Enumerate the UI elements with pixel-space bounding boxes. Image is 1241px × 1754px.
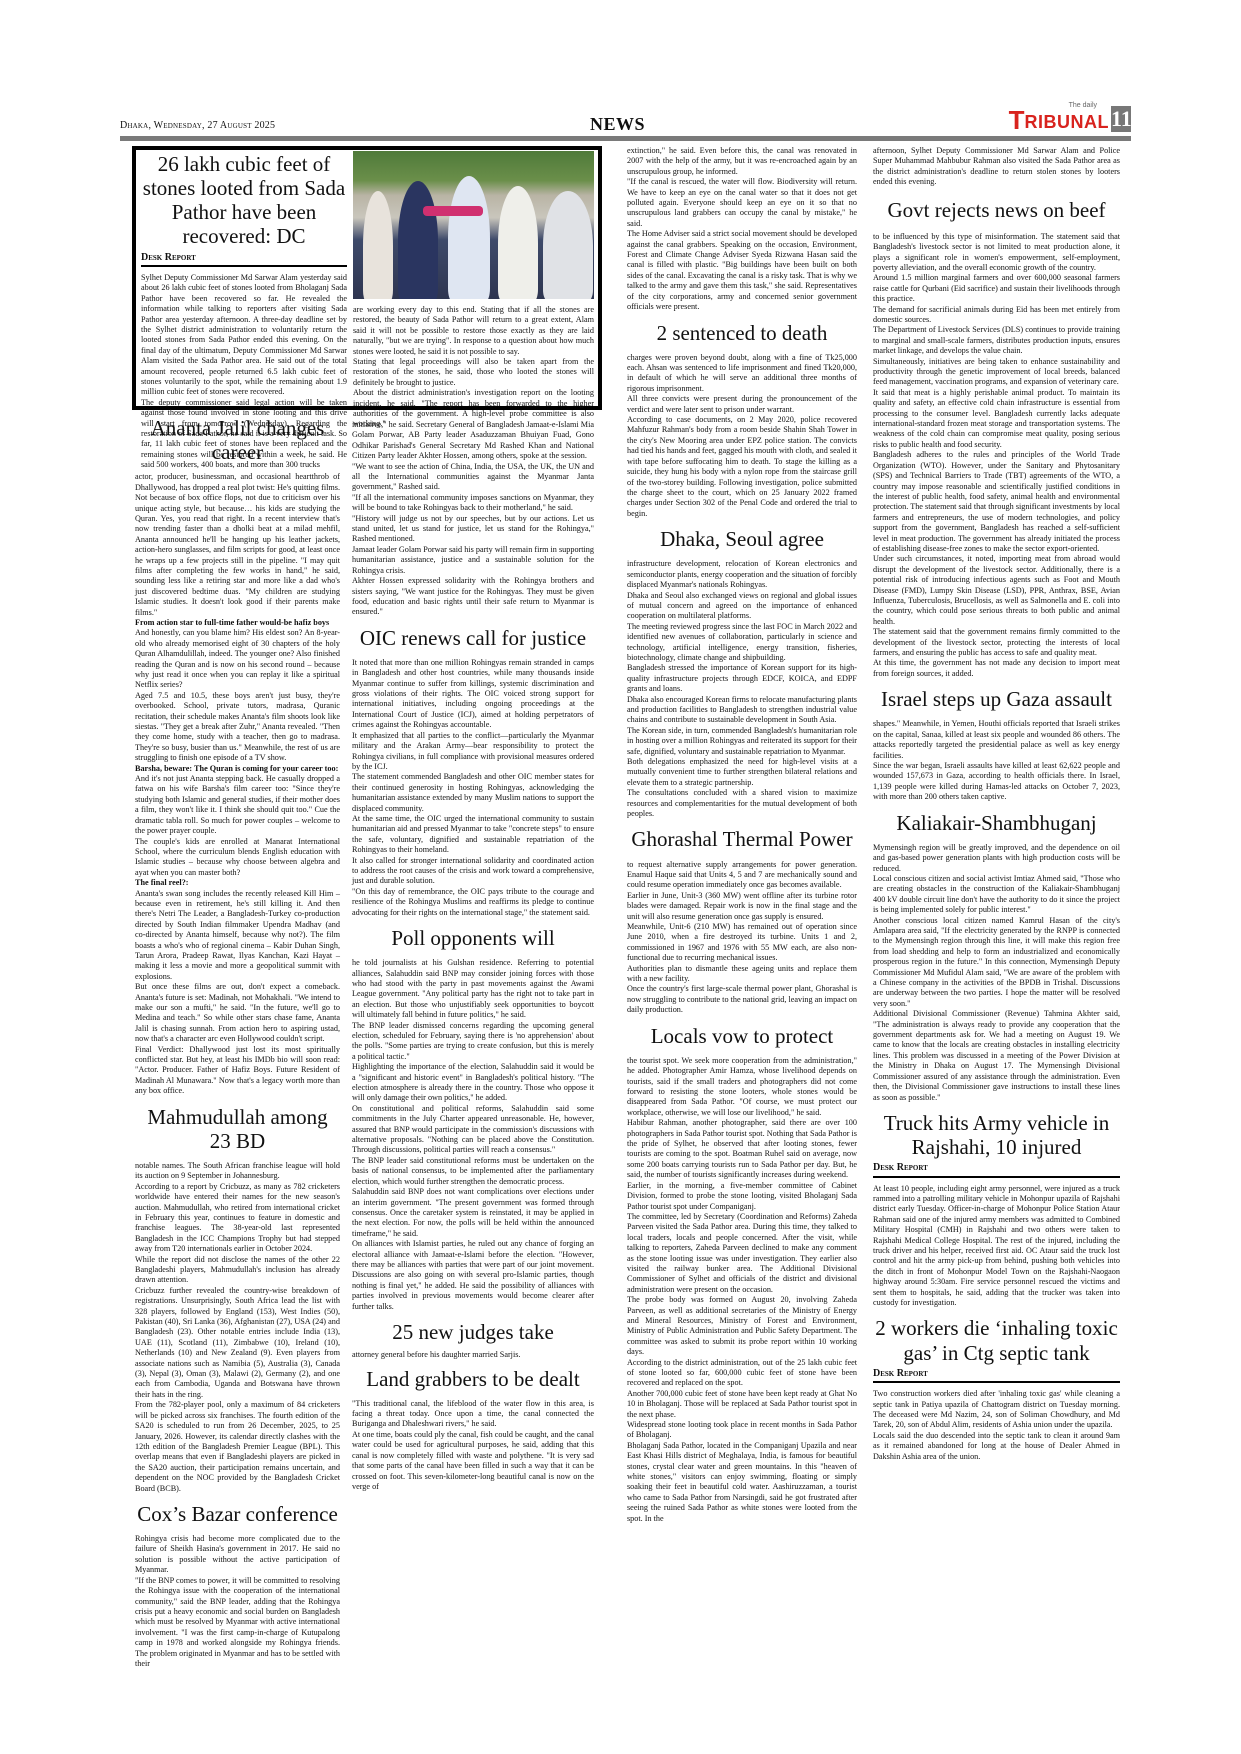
paragraph: Aged 7.5 and 10.5, these boys aren't jus… <box>135 691 340 764</box>
paragraph: to request alternative supply arrangemen… <box>627 860 857 891</box>
paragraph: attorney general before his daughter mar… <box>352 1350 594 1360</box>
headline-land-grabbers: Land grabbers to be dealt <box>352 1367 594 1391</box>
subhead: The final reel?: <box>135 878 340 888</box>
paragraph: Stating that legal proceedings will also… <box>353 357 594 388</box>
paragraph: Jamaat leader Golam Porwar said his part… <box>352 545 594 576</box>
paragraph: Ananta's swan song includes the recently… <box>135 889 340 983</box>
paragraph: notable names. The South African franchi… <box>135 1161 340 1182</box>
paragraph: "On this day of remembrance, the OIC pay… <box>352 887 594 918</box>
headline-locals: Locals vow to protect <box>627 1024 857 1048</box>
paragraph: Once the country's first large-scale the… <box>627 984 857 1015</box>
paragraph: Additional Divisional Commissioner (Reve… <box>873 1009 1120 1103</box>
paragraph: Sylhet Deputy Commissioner Md Sarwar Ala… <box>141 273 347 398</box>
paragraph: The meeting reviewed progress since the … <box>627 622 857 664</box>
byline: Desk Report <box>873 1369 1120 1383</box>
paragraph: "This traditional canal, the lifeblood o… <box>352 1399 594 1430</box>
paragraph: he told journalists at his Gulshan resid… <box>352 958 594 1020</box>
paragraph: Since the war began, Israeli assaults ha… <box>873 761 1120 803</box>
paragraph: Another 700,000 cubic feet of stone have… <box>627 1389 857 1420</box>
paragraph: are working every day to this end. Stati… <box>353 305 594 357</box>
paragraph: The demand for sacrificial animals durin… <box>873 305 1120 326</box>
paragraph: Dhaka also encouraged Korean firms to re… <box>627 695 857 726</box>
headline-ananta: Ananta Jalil changes career <box>135 416 340 464</box>
paragraph: Habibur Rahman, another photographer, sa… <box>627 1118 857 1180</box>
byline: Desk Report <box>873 1163 1120 1177</box>
byline: Desk Report <box>141 253 347 267</box>
paragraph: Highlighting the importance of the elect… <box>352 1062 594 1104</box>
paragraph: to be influenced by this type of misinfo… <box>873 232 1120 274</box>
paragraph: Simultaneously, initiatives are being ta… <box>873 357 1120 388</box>
paragraph: The probe body was formed on August 20, … <box>627 1295 857 1357</box>
page-header: Dhaka, Wednesday, 27 August 2025 NEWS Th… <box>120 110 1131 132</box>
paragraph: Another conscious local citizen named Ka… <box>873 916 1120 1010</box>
dateline: Dhaka, Wednesday, 27 August 2025 <box>120 120 275 131</box>
column-a: Ananta Jalil changes career actor, produ… <box>135 412 340 1669</box>
headline-truck: Truck hits Army vehicle in Rajshahi, 10 … <box>873 1111 1120 1159</box>
paragraph: The BNP leader dismissed concerns regard… <box>352 1021 594 1063</box>
column-d: afternoon, Sylhet Deputy Commissioner Md… <box>873 146 1120 1462</box>
paragraph: Mymensingh region will be greatly improv… <box>873 843 1120 874</box>
paragraph: The consultations concluded with a share… <box>627 788 857 819</box>
paragraph: The Korean side, in turn, commended Bang… <box>627 726 857 757</box>
logo-tagline: The daily <box>1069 102 1097 109</box>
subhead: Barsha, beware: The Quran is coming for … <box>135 764 340 774</box>
section-title: NEWS <box>590 114 645 135</box>
page-number: 11 <box>1111 106 1131 132</box>
paragraph: initiative," he said. Secretary General … <box>352 420 594 462</box>
headline-oic: OIC renews call for justice <box>352 626 594 650</box>
paragraph: At the same time, the OIC urged the inte… <box>352 814 594 856</box>
subhead: From action star to full-time father wou… <box>135 618 340 628</box>
paragraph: From the 782-player pool, only a maximum… <box>135 1400 340 1494</box>
paragraph: shapes." Meanwhile, in Yemen, Houthi off… <box>873 719 1120 761</box>
paragraph: "History will judge us not by our speech… <box>352 514 594 545</box>
paragraph: The committee, led by Secretary (Coordin… <box>627 1212 857 1295</box>
headline-mahmudullah: Mahmudullah among 23 BD <box>135 1105 340 1153</box>
paragraph: But once these films are out, don't expe… <box>135 982 340 1044</box>
paragraph: And it's not just Ananta stepping back. … <box>135 774 340 836</box>
paragraph: Cricbuzz further revealed the country-wi… <box>135 1286 340 1400</box>
paragraph: "If all the international community impo… <box>352 493 594 514</box>
paragraph: charges were proven beyond doubt, along … <box>627 353 857 395</box>
paragraph: At least 10 people, including eight army… <box>873 1184 1120 1309</box>
paragraph: Bholaganj Sada Pathor, located in the Co… <box>627 1441 857 1524</box>
paragraph: extinction," he said. Even before this, … <box>627 146 857 177</box>
column-c: extinction," he said. Even before this, … <box>627 146 857 1524</box>
paragraph: The BNP leader said constitutional refor… <box>352 1156 594 1187</box>
headline-kaliakair: Kaliakair-Shambhuganj <box>873 811 1120 835</box>
paragraph: Under such circumstances, it noted, impo… <box>873 554 1120 627</box>
paragraph: While the report did not disclose the na… <box>135 1255 340 1286</box>
logo-wordmark: RIBUNAL <box>1025 112 1110 132</box>
paragraph: afternoon, Sylhet Deputy Commissioner Md… <box>873 146 1120 188</box>
paragraph: It also called for stronger internationa… <box>352 856 594 887</box>
paragraph: On constitutional and political reforms,… <box>352 1104 594 1156</box>
paragraph: "If the canal is rescued, the water will… <box>627 177 857 229</box>
headline-workers: 2 workers die ‘inhaling toxic gas’ in Ct… <box>873 1316 1120 1364</box>
paragraph: Rohingya crisis had become more complica… <box>135 1534 340 1576</box>
headline-ghorashal: Ghorashal Thermal Power <box>627 827 857 851</box>
paragraph: Meanwhile, Unit-6 (210 MW) has remained … <box>627 922 857 964</box>
headline-dhaka-seoul: Dhaka, Seoul agree <box>627 527 857 551</box>
tribunal-logo: The daily T RIBUNAL 11 <box>1009 106 1131 132</box>
logo-first-letter: T <box>1009 108 1025 132</box>
paragraph: Widespread stone looting took place in r… <box>627 1420 857 1441</box>
paragraph: At one time, boats could ply the canal, … <box>352 1430 594 1492</box>
paragraph: Locals said the duo descended into the s… <box>873 1431 1120 1462</box>
lead-headline: 26 lakh cubic feet of stones looted from… <box>141 152 347 249</box>
paragraph: Earlier in June, Unit-3 (360 MW) went of… <box>627 891 857 922</box>
paragraph: The couple's kids are enrolled at Manara… <box>135 837 340 879</box>
paragraph: "If the BNP comes to power, it will be c… <box>135 1576 340 1670</box>
paragraph: According to a report by Cricbuzz, as ma… <box>135 1182 340 1255</box>
paragraph: Bangladesh stressed the importance of Ko… <box>627 663 857 694</box>
paragraph: The statement commended Bangladesh and o… <box>352 772 594 814</box>
paragraph: Two construction workers died after 'inh… <box>873 1389 1120 1431</box>
paragraph: It noted that more than one million Rohi… <box>352 658 594 731</box>
paragraph: "We want to see the action of China, Ind… <box>352 462 594 493</box>
paragraph: The Department of Livestock Services (DL… <box>873 325 1120 356</box>
paragraph: According to case documents, on 2 May 20… <box>627 415 857 519</box>
headline-sentenced: 2 sentenced to death <box>627 321 857 345</box>
paragraph: infrastructure development, relocation o… <box>627 559 857 590</box>
paragraph: Local conscious citizen and social activ… <box>873 874 1120 916</box>
paragraph: Salahuddin said BNP does not want compli… <box>352 1187 594 1239</box>
paragraph: It emphasized that all parties to the co… <box>352 731 594 773</box>
paragraph: actor, producer, businessman, and occasi… <box>135 472 340 618</box>
paragraph: Authorities plan to dismantle these agei… <box>627 964 857 985</box>
paragraph: Bangladesh adheres to the rules and prin… <box>873 450 1120 554</box>
paragraph: The Home Adviser said a strict social mo… <box>627 229 857 312</box>
headline-coxs-bazar: Cox’s Bazar conference <box>135 1502 340 1526</box>
paragraph: It said that meat is a highly perishable… <box>873 388 1120 450</box>
headline-judges: 25 new judges take <box>352 1320 594 1344</box>
paragraph: Akhter Hossen expressed solidarity with … <box>352 576 594 618</box>
paragraph: Dhaka and Seoul also exchanged views on … <box>627 591 857 622</box>
header-rule <box>120 136 1131 141</box>
paragraph: And honestly, can you blame him? His eld… <box>135 628 340 690</box>
paragraph: the tourist spot. We seek more cooperati… <box>627 1056 857 1118</box>
paragraph: At this time, the government has not mad… <box>873 658 1120 679</box>
paragraph: Both delegations emphasized the need for… <box>627 757 857 788</box>
lead-story-col2: are working every day to this end. Stati… <box>353 305 594 430</box>
paragraph: On alliances with Islamist parties, he r… <box>352 1239 594 1312</box>
paragraph: Final Verdict: Dhallywood just lost its … <box>135 1045 340 1097</box>
paragraph: All three convicts were present during t… <box>627 394 857 415</box>
headline-israel: Israel steps up Gaza assault <box>873 687 1120 711</box>
paragraph: Earlier, in the morning, a five-member c… <box>627 1181 857 1212</box>
headline-poll: Poll opponents will <box>352 926 594 950</box>
headline-beef: Govt rejects news on beef <box>873 198 1120 222</box>
paragraph: Around 1.5 million marginal farmers and … <box>873 273 1120 304</box>
lead-photo <box>353 151 594 299</box>
column-b: initiative," he said. Secretary General … <box>352 420 594 1492</box>
paragraph: According to the district administration… <box>627 1358 857 1389</box>
paragraph: The statement said that the government r… <box>873 627 1120 658</box>
